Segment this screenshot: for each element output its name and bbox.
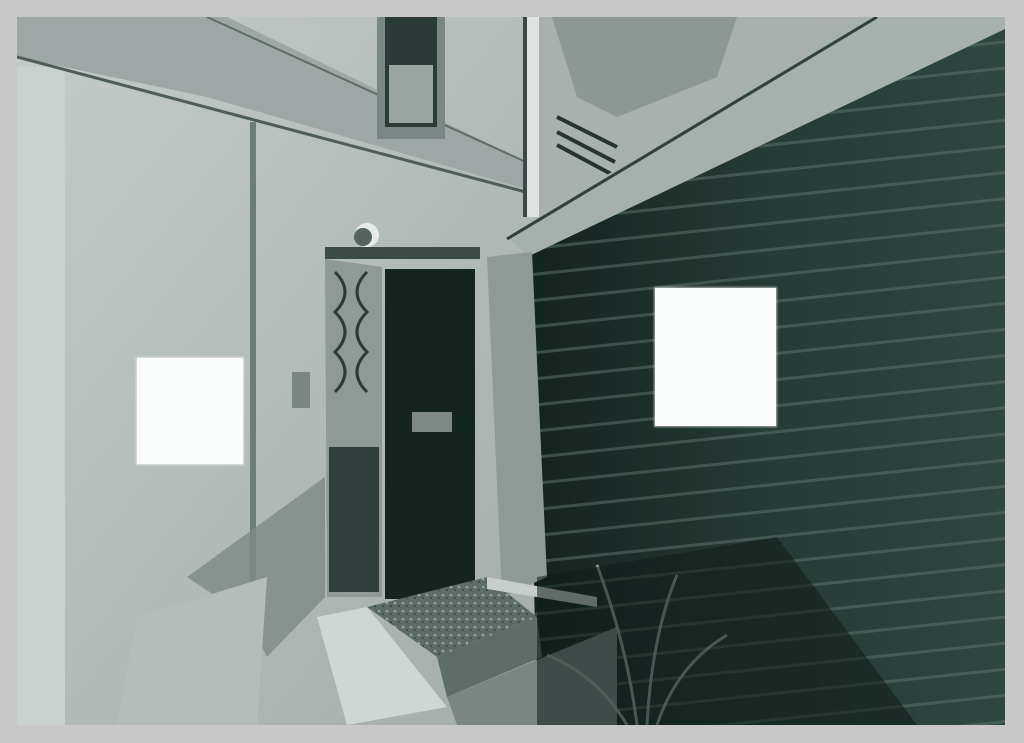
- photograph: [17, 17, 1005, 725]
- redacted-area-left: [137, 358, 243, 464]
- redacted-area-right: [655, 288, 776, 426]
